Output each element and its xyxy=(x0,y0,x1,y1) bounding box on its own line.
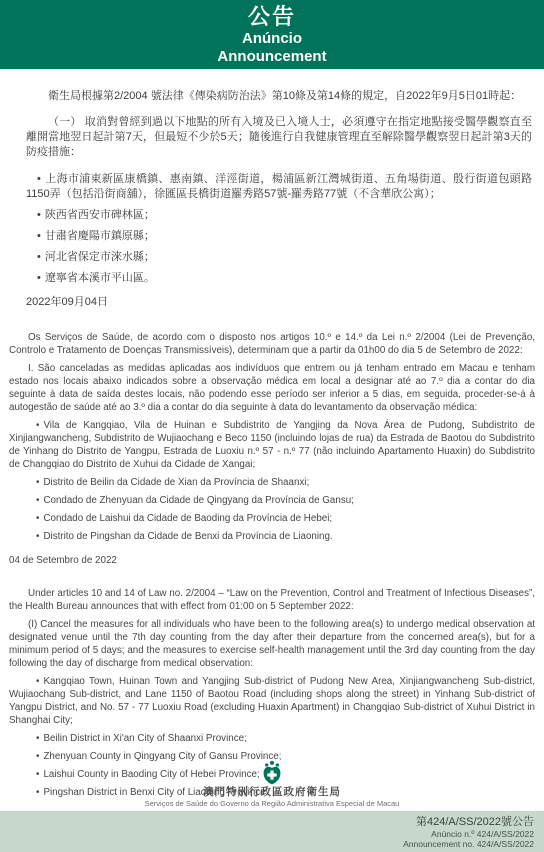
org-name-zh: 澳門特別行政區政府衛生局 xyxy=(0,786,544,799)
pt-date: 04 de Setembro de 2022 xyxy=(9,554,535,567)
pt-bullet-liaoning: •Distrito de Pingshan da Cidade de Benxi… xyxy=(9,530,535,543)
title-zh: 公告 xyxy=(0,4,544,30)
zh-bullet-liaoning-text: 遼寧省本溪市平山區。 xyxy=(45,272,155,284)
en-bullet-shanghai-text: Kangqiao Town, Huinan Town and Yangjing … xyxy=(9,676,535,726)
pt-bullet-shanghai: •Vila de Kangqiao, Vila de Huinan e Subd… xyxy=(9,419,535,471)
pt-bullet-shaanxi-text: Distrito de Beilin da Cidade de Xian da … xyxy=(43,477,309,488)
reference-number-en: Announcement no. 424/A/SS/2022 xyxy=(0,839,534,849)
zh-bullet-gansu-text: 甘肅省慶陽市鎮原縣； xyxy=(45,230,155,242)
pt-measure-paragraph: I. São canceladas as medidas aplicadas a… xyxy=(9,362,535,414)
pt-bullet-hebei: •Condado de Laishui da Cidade de Baoding… xyxy=(9,512,535,525)
bullet-icon: • xyxy=(37,272,45,284)
title-pt: Anúncio xyxy=(0,30,544,48)
pt-bullet-shaanxi: •Distrito de Beilin da Cidade de Xian da… xyxy=(9,476,535,489)
zh-intro-paragraph: 衛生局根據第2/2004 號法律《傳染病防治法》第10條及第14條的規定，自20… xyxy=(26,89,532,104)
pt-bullet-gansu: •Condado de Zhenyuan da Cidade de Qingya… xyxy=(9,494,535,507)
bullet-icon: • xyxy=(37,230,45,242)
en-measure-paragraph: (I) Cancel the measures for all individu… xyxy=(9,618,535,670)
pt-bullet-liaoning-text: Distrito de Pingshan da Cidade de Benxi … xyxy=(43,531,332,542)
pt-bullet-gansu-text: Condado de Zhenyuan da Cidade de Qingyan… xyxy=(43,495,353,506)
zh-bullet-shanghai: •上海市浦東新區康橋鎮、惠南鎮、洋涇街道，楊浦區新江灣城街道、五角場街道、殷行街… xyxy=(26,172,532,202)
bullet-icon: • xyxy=(37,251,45,263)
zh-bullet-gansu: •甘肅省慶陽市鎮原縣； xyxy=(26,229,532,244)
pt-bullet-shanghai-text: Vila de Kangqiao, Vila de Huinan e Subdi… xyxy=(9,420,535,470)
section-chinese: 衛生局根據第2/2004 號法律《傳染病防治法》第10條及第14條的規定，自20… xyxy=(0,89,544,310)
reference-bar: 第424/A/SS/2022號公告 Anúncio n.º 424/A/SS/2… xyxy=(0,811,544,852)
org-name-pt: Serviços de Saúde do Governo da Região A… xyxy=(0,799,544,809)
header-banner: 公告 Anúncio Announcement xyxy=(0,0,544,69)
en-bullet-shaanxi: •Beilin District in Xi'an City of Shaanx… xyxy=(9,732,535,745)
bullet-icon: • xyxy=(37,173,45,185)
reference-number-zh: 第424/A/SS/2022號公告 xyxy=(0,816,534,829)
pt-bullet-hebei-text: Condado de Laishui da Cidade de Baoding … xyxy=(43,513,332,524)
health-bureau-logo-icon xyxy=(259,760,285,785)
zh-bullet-hebei-text: 河北省保定市淶水縣； xyxy=(45,251,155,263)
zh-bullet-shaanxi-text: 陝西省西安市碑林區； xyxy=(45,209,155,221)
zh-measure-paragraph: （一） 取消對曾經到過以下地點的所有入境及已入境人士，必須遵守在指定地點接受醫學… xyxy=(26,115,532,160)
zh-bullet-liaoning: •遼寧省本溪市平山區。 xyxy=(26,271,532,286)
en-bullet-shaanxi-text: Beilin District in Xi'an City of Shaanxi… xyxy=(43,733,246,744)
pt-intro-paragraph: Os Serviços de Saúde, de acordo com o di… xyxy=(9,331,535,357)
zh-bullet-shaanxi: •陝西省西安市碑林區； xyxy=(26,208,532,223)
footer-organisation: 澳門特別行政區政府衛生局 Serviços de Saúde do Govern… xyxy=(0,760,544,809)
en-intro-paragraph: Under articles 10 and 14 of Law no. 2/20… xyxy=(9,587,535,613)
announcement-page: 公告 Anúncio Announcement 衛生局根據第2/2004 號法律… xyxy=(0,0,544,852)
title-en: Announcement xyxy=(0,48,544,66)
zh-bullet-hebei: •河北省保定市淶水縣； xyxy=(26,250,532,265)
zh-date: 2022年09月04日 xyxy=(26,295,532,310)
en-bullet-shanghai: •Kangqiao Town, Huinan Town and Yangjing… xyxy=(9,675,535,727)
reference-number-pt: Anúncio n.º 424/A/SS/2022 xyxy=(0,829,534,839)
section-portuguese: Os Serviços de Saúde, de acordo com o di… xyxy=(0,331,544,567)
zh-bullet-shanghai-text: 上海市浦東新區康橋鎮、惠南鎮、洋涇街道，楊浦區新江灣城街道、五角場街道、殷行街道… xyxy=(26,173,532,200)
bullet-icon: • xyxy=(37,209,45,221)
